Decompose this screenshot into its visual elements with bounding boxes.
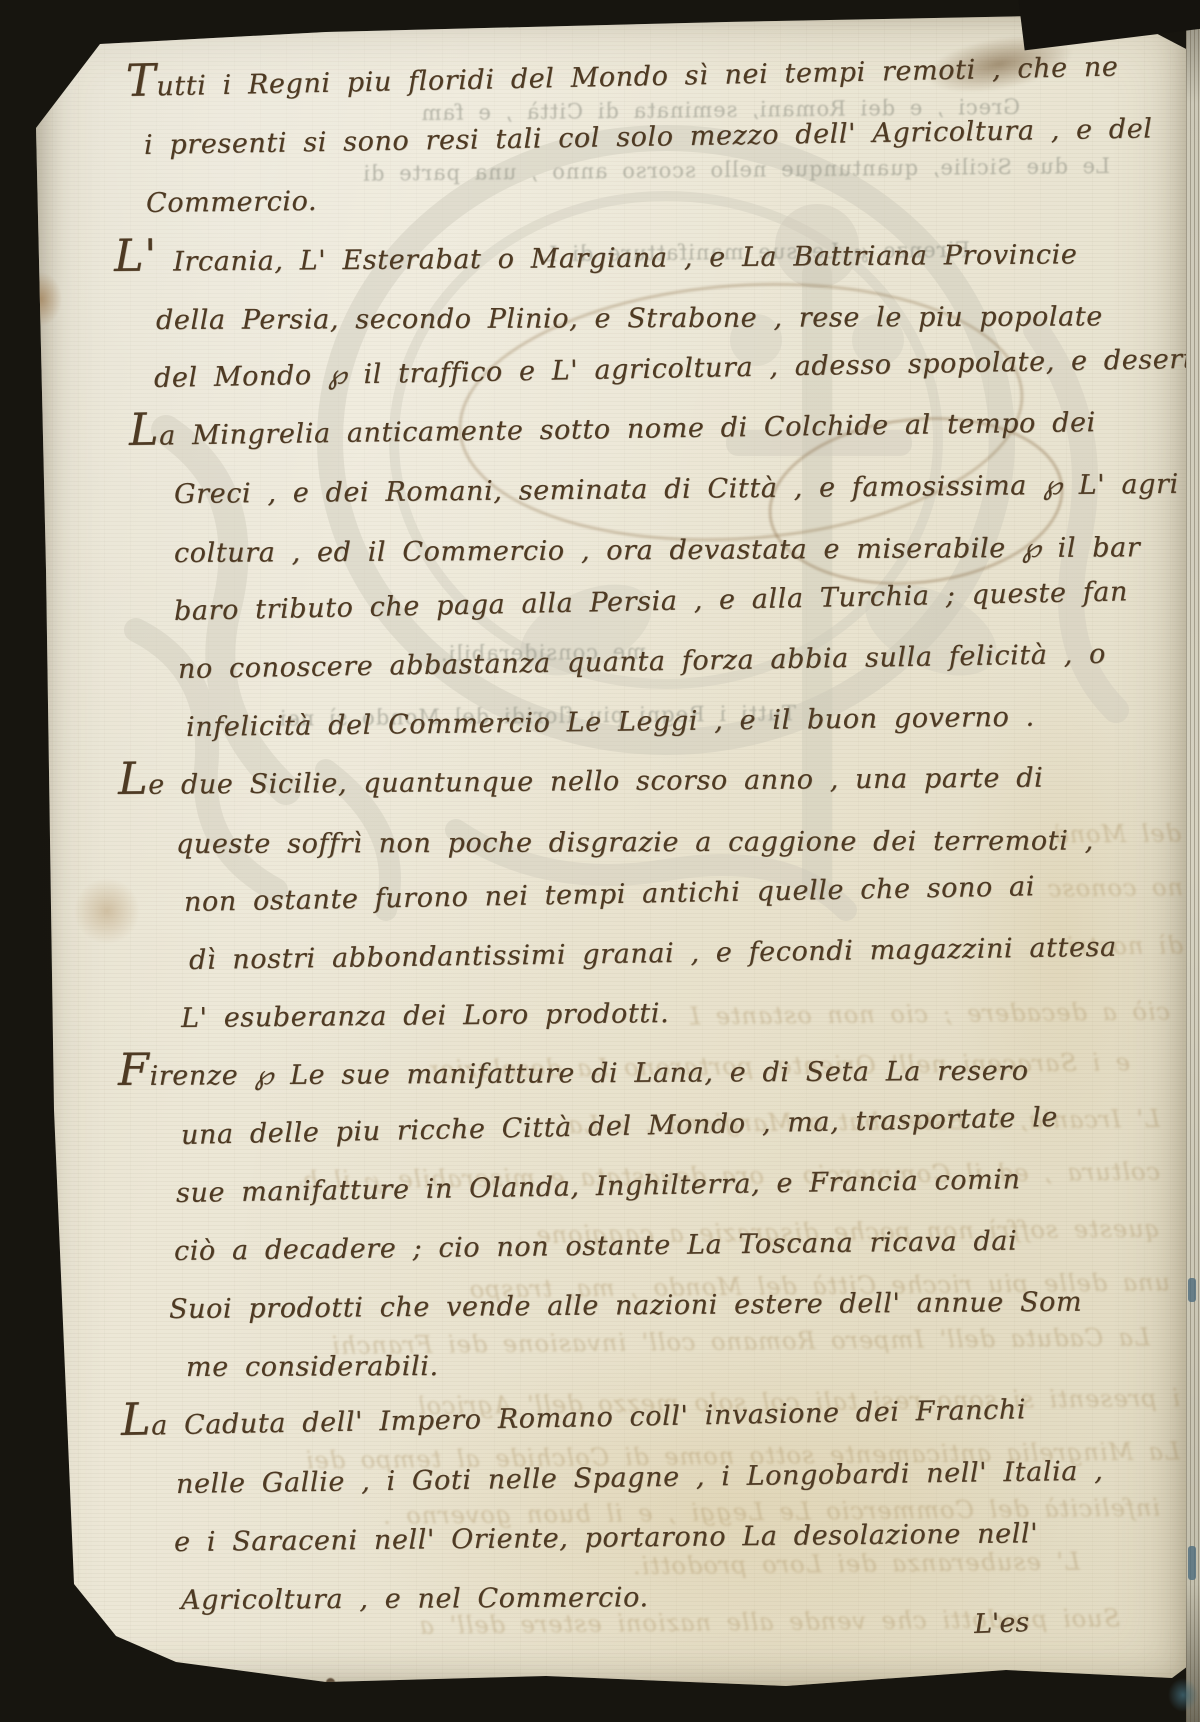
- manuscript-line: coltura , ed il Commercio , ora devastat…: [174, 532, 1141, 569]
- manuscript-line: L' Ircania, L' Esterabat o Margiana , e …: [114, 239, 1078, 278]
- manuscript-line: Suoi prodotti che vende alle nazioni est…: [169, 1287, 1082, 1325]
- book-page-edges: [1186, 0, 1200, 1722]
- manuscript-line: infelicità del Commercio Le Leggi , e il…: [186, 702, 1035, 743]
- manuscript-line: dì nostri abbondantissimi granai , e fec…: [189, 932, 1117, 976]
- scan-background: Greci , e dei Romani, seminata di Città …: [0, 0, 1200, 1722]
- manuscript-line: La Mingrelia anticamente sotto nome di C…: [129, 407, 1096, 452]
- manuscript-line: ciò a decadere ; cio non ostante La Tosc…: [174, 1226, 1018, 1267]
- manuscript-line: Le due Sicilie, quantunque nello scorso …: [118, 763, 1044, 801]
- manuscript-line: Greci , e dei Romani, seminata di Città …: [174, 469, 1179, 510]
- manuscript-line: Agricoltura , e nel Commercio.: [181, 1582, 649, 1616]
- manuscript-line: i presenti si sono resi tali col solo me…: [144, 113, 1153, 161]
- manuscript-line: me considerabili.: [186, 1351, 439, 1383]
- manuscript-line: queste soffrì non poche disgrazie a cagg…: [176, 825, 1094, 860]
- manuscript-line: e i Saraceni nell' Oriente, portarono La…: [174, 1518, 1038, 1558]
- binding-teal-mark: [1168, 1678, 1198, 1712]
- manuscript-page: Greci , e dei Romani, seminata di Città …: [26, 10, 1188, 1702]
- catchword: L'es: [973, 1607, 1029, 1640]
- manuscript-line: baro tributo che paga alla Persia , e al…: [174, 576, 1129, 627]
- binding-thread-mark: [1188, 1546, 1196, 1580]
- manuscript-line: nelle Gallie , i Goti nelle Spagne , i L…: [176, 1456, 1104, 1500]
- manuscript-line: del Mondo ℘ il traffico e L' agricoltura…: [154, 343, 1200, 394]
- manuscript-line: Commercio.: [146, 186, 317, 219]
- manuscript-text: Tutti i Regni piu floridi del Mondo sì n…: [26, 10, 1188, 1702]
- manuscript-line: Firenze ℘ Le sue manifatture di Lana, e …: [118, 1056, 1029, 1092]
- binding-thread-mark: [1188, 1278, 1196, 1302]
- manuscript-line: della Persia, secondo Plinio, e Strabone…: [156, 301, 1103, 336]
- manuscript-line: La Caduta dell' Impero Romano coll' inva…: [121, 1394, 1027, 1442]
- manuscript-line: non ostante furono nei tempi antichi que…: [184, 871, 1036, 918]
- manuscript-line: L' esuberanza dei Loro prodotti.: [181, 998, 670, 1034]
- manuscript-line: sue manifatture in Olanda, Inghilterra, …: [176, 1164, 1021, 1209]
- manuscript-line: una delle piu ricche Città del Mondo , m…: [181, 1102, 1059, 1151]
- manuscript-line: Tutti i Regni piu floridi del Mondo sì n…: [126, 52, 1119, 103]
- manuscript-line: no conoscere abbastanza quanta forza abb…: [178, 639, 1106, 685]
